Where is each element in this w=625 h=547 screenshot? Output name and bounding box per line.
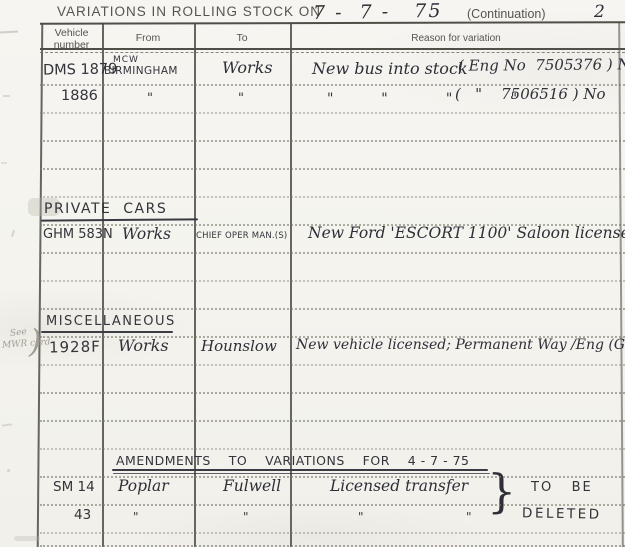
row-divider <box>40 224 625 226</box>
from-cell-line2: BIRMINGHAM <box>104 65 178 77</box>
header-rule <box>40 48 625 50</box>
from-ditto: " <box>133 510 139 524</box>
deletion-note-line2: DELETED <box>522 505 602 522</box>
scan-artifact <box>2 423 12 426</box>
row-divider <box>40 392 625 394</box>
vehicle-number: 43 <box>74 507 91 523</box>
margin-note-line1: See <box>10 327 28 339</box>
from-ditto: " <box>147 91 153 106</box>
reason-cell: New bus into stock <box>312 59 468 78</box>
scan-artifact <box>7 469 10 472</box>
column-header-to: To <box>195 32 289 44</box>
deletion-note-line1: TO BE <box>531 480 593 495</box>
scanned-form-page: VARIATIONS IN ROLLING STOCK ON 7 - 7 - 7… <box>0 0 625 547</box>
row-divider <box>40 252 625 254</box>
to-ditto: " <box>238 91 244 106</box>
row-divider <box>40 504 625 506</box>
reason-cell: New Ford 'ESCORT 1100' Saloon licensed <box>308 224 625 242</box>
heading-underline-1 <box>112 469 488 471</box>
vehicle-number: GHM 583N <box>43 227 113 242</box>
column-divider-vehicle <box>102 23 104 547</box>
row-divider <box>40 448 625 450</box>
reason-note: ( Eng No 7505376 ) N <box>458 55 625 75</box>
from-cell: Works <box>118 336 169 355</box>
scan-artifact <box>0 31 18 34</box>
table-border-left <box>37 23 44 547</box>
row-divider <box>40 532 625 534</box>
row-divider <box>40 420 625 422</box>
to-cell: Fulwell <box>223 477 281 495</box>
section-heading-private-cars: PRIVATE CARS <box>44 201 167 217</box>
to-cell: Hounslow <box>201 337 277 355</box>
section-heading-miscellaneous: MISCELLANEOUS <box>46 314 176 329</box>
row-divider <box>40 364 625 366</box>
row-divider <box>40 280 625 282</box>
heading-underline <box>41 218 198 221</box>
reason-cell: Licensed transfer <box>330 477 468 495</box>
to-cell: CHIEF OPER MAN.(S) <box>196 231 287 241</box>
table-border-right <box>618 23 624 547</box>
row-divider <box>40 476 625 478</box>
heading-underline-2 <box>113 473 490 474</box>
row-divider <box>40 168 625 170</box>
column-header-reason: Reason for variation <box>292 33 620 44</box>
reason-note: ( " 7506516 ) No <box>455 85 605 103</box>
margin-note-bracket: ) <box>29 322 41 360</box>
table-top-border <box>40 21 625 25</box>
row-divider <box>40 196 625 198</box>
reason-cell: New vehicle licensed; Permanent Way /Eng… <box>296 337 625 353</box>
continuation-label: (Continuation) <box>467 7 546 21</box>
vehicle-number: 1886 <box>61 88 98 104</box>
from-cell: Poplar <box>118 477 169 495</box>
section-heading-amendments: AMENDMENTS TO VARIATIONS FOR 4 - 7 - 75 <box>116 453 470 468</box>
deletion-brace: } <box>487 468 516 514</box>
heading-underline <box>41 331 173 333</box>
row-divider <box>40 336 625 338</box>
row-divider <box>40 140 625 142</box>
from-cell-line1: MCW <box>113 55 139 65</box>
reason-ditto: " " <box>358 510 480 524</box>
scan-artifact <box>1 162 7 164</box>
page-number: 2 <box>594 2 605 22</box>
page-title: VARIATIONS IN ROLLING STOCK ON <box>57 4 321 19</box>
variation-date: 7 - 7 - 75 <box>313 0 443 24</box>
vehicle-number: SM 14 <box>53 479 95 495</box>
column-header-from: From <box>103 32 193 44</box>
to-ditto: " <box>243 510 249 524</box>
to-cell: Works <box>222 58 273 77</box>
vehicle-number: 1928F <box>49 338 101 357</box>
row-divider <box>40 112 625 114</box>
from-cell: Works <box>122 225 171 243</box>
margin-note-line2: MWR card <box>2 337 51 350</box>
row-divider <box>40 308 625 310</box>
header-rule-2 <box>40 52 625 53</box>
scan-artifact <box>11 230 15 237</box>
scan-artifact <box>14 536 40 541</box>
scan-artifact <box>3 95 10 97</box>
row-divider <box>40 84 625 86</box>
